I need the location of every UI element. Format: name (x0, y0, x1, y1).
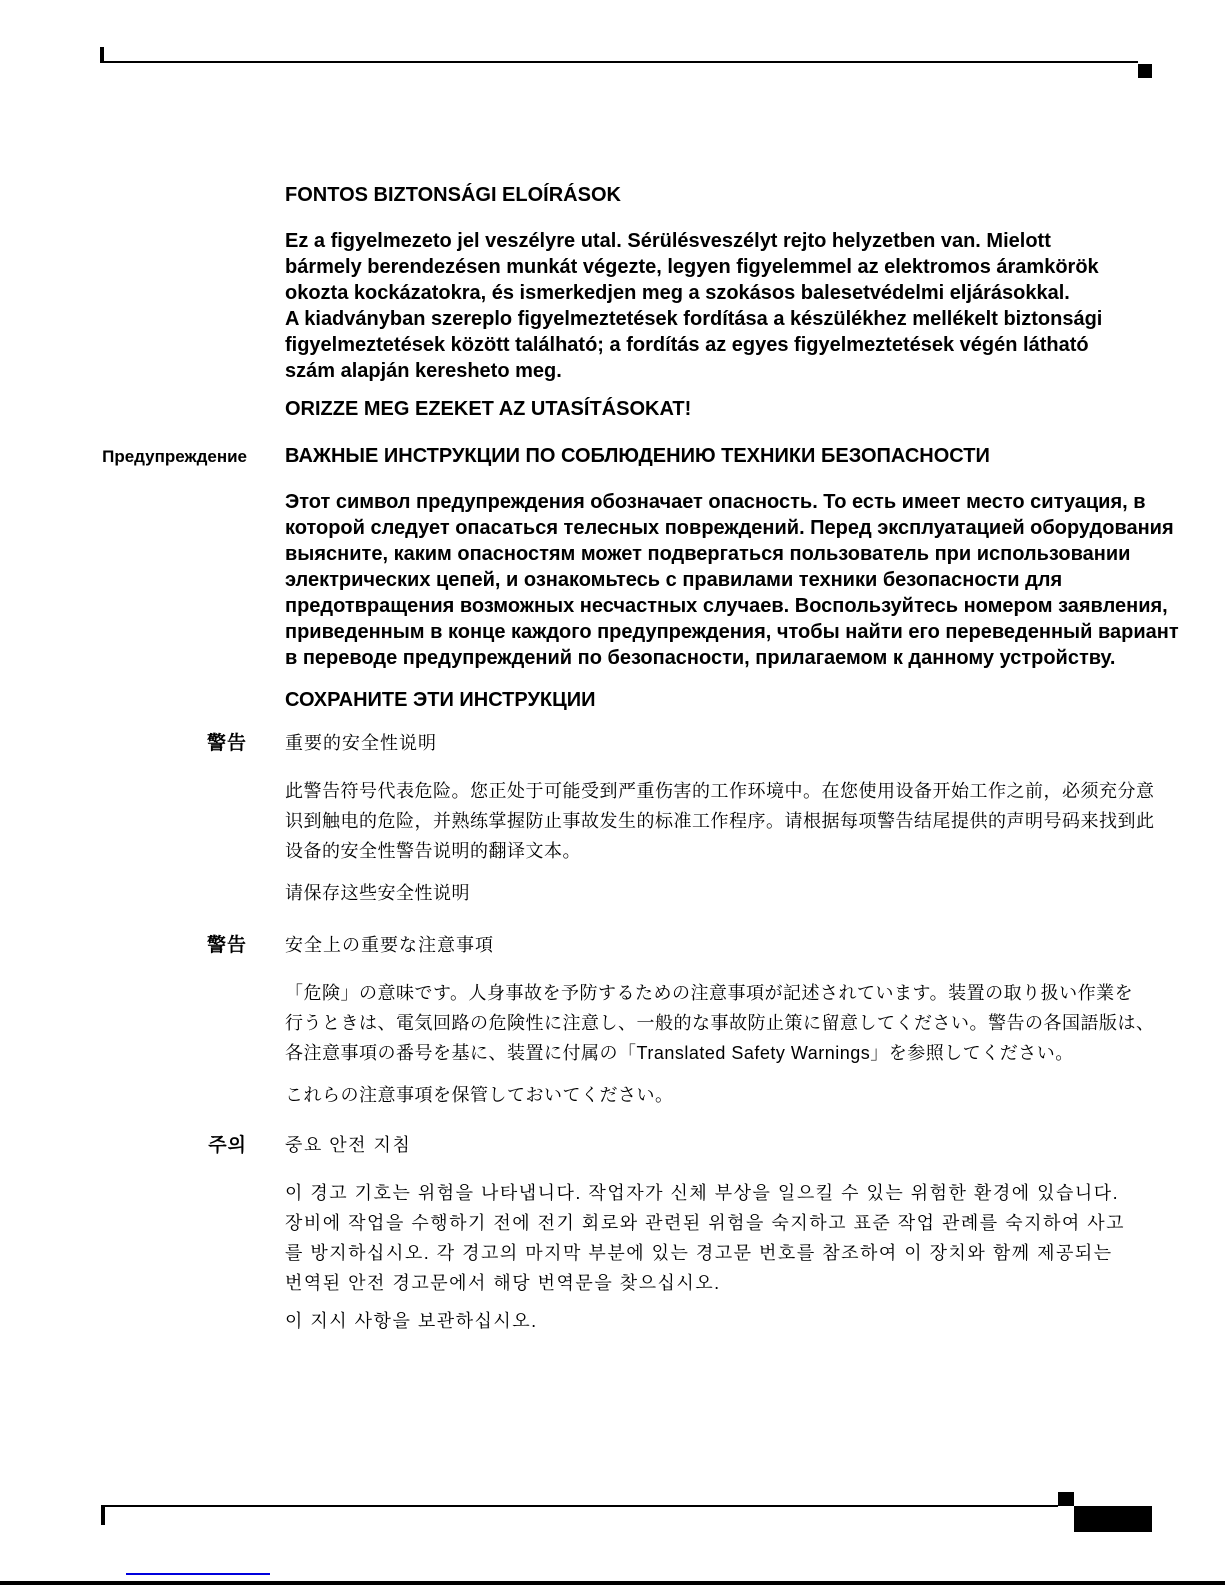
warning-save-instructions-line: これらの注意事項を保管しておいてください。 (285, 1082, 1185, 1109)
footer-link-underline[interactable] (126, 1573, 270, 1575)
header-rule (103, 61, 1138, 63)
warning-save-instructions-line: СОХРАНИТЕ ЭТИ ИНСТРУКЦИИ (285, 687, 1185, 714)
page-number-block (1074, 1506, 1152, 1532)
footer-rule (104, 1505, 1058, 1507)
warning-paragraph: 이 경고 기호는 위험을 나타냅니다. 작업자가 신체 부상을 일으킬 수 있는… (285, 1178, 1185, 1298)
warning-body: 安全上の重要な注意事項 「危険」の意味です。人身事故を予防するための注意事項が記… (285, 932, 1185, 1109)
warning-title: FONTOS BIZTONSÁGI ELOÍRÁSOK (285, 182, 1185, 209)
warning-title: ВАЖНЫЕ ИНСТРУКЦИИ ПО СОБЛЮДЕНИЮ ТЕХНИКИ … (285, 443, 1185, 470)
warning-save-instructions-line: 이 지시 사항을 보관하십시오. (285, 1308, 1185, 1335)
warning-body: 중요 안전 지침 이 경고 기호는 위험을 나타냅니다. 작업자가 신체 부상을… (285, 1132, 1185, 1335)
warning-label: Предупреждение (0, 443, 247, 470)
warning-save-instructions-line: 请保存这些安全性说明 (285, 880, 1185, 907)
warning-label: 警告 (0, 730, 247, 757)
warning-paragraph: Этот символ предупреждения обозначает оп… (285, 489, 1185, 671)
warning-title: 重要的安全性说明 (285, 730, 1185, 757)
warning-paragraph: Ez a figyelmezeto jel veszélyre utal. Sé… (285, 228, 1185, 384)
section-japanese-warning: 警告 安全上の重要な注意事項 「危険」の意味です。人身事故を予防するための注意事… (0, 932, 1195, 1109)
warning-body: FONTOS BIZTONSÁGI ELOÍRÁSOK Ez a figyelm… (285, 182, 1185, 423)
warning-label: 警告 (0, 932, 247, 959)
warning-body: 重要的安全性说明 此警告符号代表危险。您正处于可能受到严重伤害的工作环境中。在您… (285, 730, 1185, 907)
warning-label: 주의 (0, 1132, 247, 1159)
document-page: FONTOS BIZTONSÁGI ELOÍRÁSOK Ez a figyelm… (0, 0, 1225, 1585)
warning-paragraph: 此警告符号代表危险。您正处于可能受到严重伤害的工作环境中。在您使用设备开始工作之… (285, 776, 1185, 866)
section-chinese-warning: 警告 重要的安全性说明 此警告符号代表危险。您正处于可能受到严重伤害的工作环境中… (0, 730, 1195, 907)
warning-save-instructions-line: ORIZZE MEG EZEKET AZ UTASÍTÁSOKAT! (285, 396, 1185, 423)
warning-paragraph: 「危険」の意味です。人身事故を予防するための注意事項が記述されています。装置の取… (285, 978, 1185, 1068)
footer-left-tick-mark (101, 1505, 105, 1525)
warning-title: 중요 안전 지침 (285, 1132, 1185, 1159)
warning-title: 安全上の重要な注意事項 (285, 932, 1185, 959)
footer-corner-square-mark (1058, 1492, 1074, 1506)
header-corner-square-mark (1138, 64, 1152, 78)
section-korean-warning: 주의 중요 안전 지침 이 경고 기호는 위험을 나타냅니다. 작업자가 신체 … (0, 1132, 1195, 1335)
section-russian-warning: Предупреждение ВАЖНЫЕ ИНСТРУКЦИИ ПО СОБЛ… (0, 443, 1195, 714)
warning-body: ВАЖНЫЕ ИНСТРУКЦИИ ПО СОБЛЮДЕНИЮ ТЕХНИКИ … (285, 443, 1185, 714)
section-hungarian-warning: FONTOS BIZTONSÁGI ELOÍRÁSOK Ez a figyelm… (0, 182, 1195, 423)
page-bottom-edge-bar (0, 1581, 1225, 1585)
